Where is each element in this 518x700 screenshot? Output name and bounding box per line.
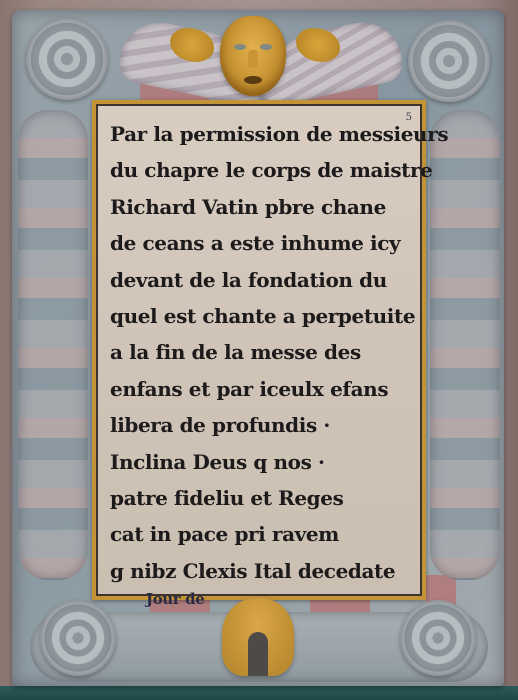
inscription-line: quel est chante a perpetuite: [110, 298, 412, 334]
bottom-right-volute-icon: [400, 600, 476, 676]
inscription-line: cat in pace pri ravem: [110, 516, 412, 552]
inscription-line: libera de profundis ·: [110, 407, 412, 443]
top-left-volute-icon: [26, 18, 108, 100]
inscription-line: Par la permission de messieurs: [110, 116, 412, 152]
inscription-line: devant de la fondation du: [110, 262, 412, 298]
top-right-volute-icon: [408, 20, 490, 102]
inscription-line: g nibz Clexis Ital decedate: [110, 553, 412, 589]
cherub-eye: [260, 44, 272, 50]
cherub-nose: [248, 50, 258, 68]
skull-icon: [222, 598, 294, 676]
inscription-tablet: 5 Par la permission de messieurs du chap…: [92, 100, 426, 600]
inscription-line: Richard Vatin pbre chane: [110, 189, 412, 225]
cherub-eye: [234, 44, 246, 50]
right-acanthus-column: [430, 110, 500, 580]
inscription-line: de ceans a este inhume icy: [110, 225, 412, 261]
bottom-left-volute-icon: [40, 600, 116, 676]
skull-jaw-gap: [248, 632, 268, 676]
cherub-face-icon: [220, 16, 286, 96]
inscription-line: enfans et par iceulx efans: [110, 371, 412, 407]
left-acanthus-column: [18, 110, 88, 580]
inscription-line: patre fideliu et Reges: [110, 480, 412, 516]
wall-base-ledge: [0, 686, 518, 700]
inscription-line: a la fin de la messe des: [110, 334, 412, 370]
corner-mark: 5: [406, 112, 412, 123]
inscription-line: Inclina Deus q nos ·: [110, 444, 412, 480]
inscription-surface: 5 Par la permission de messieurs du chap…: [96, 104, 422, 596]
inscription-line: du chapre le corps de maistre: [110, 152, 412, 188]
cherub-mouth: [244, 76, 262, 84]
